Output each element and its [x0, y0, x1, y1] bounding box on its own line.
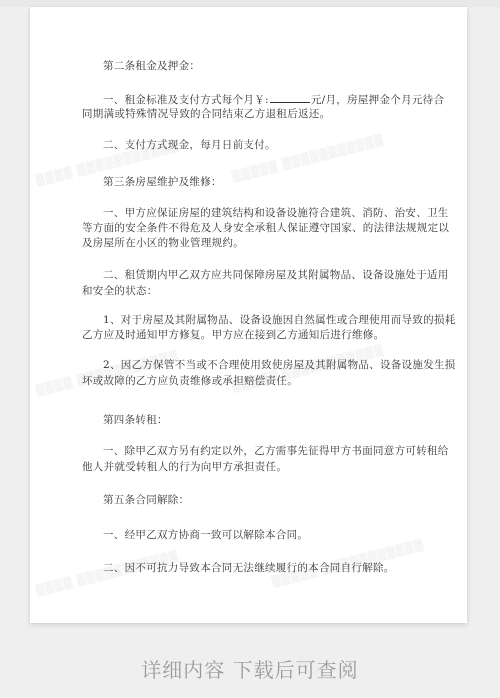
top-strip	[0, 0, 500, 7]
rent-text-post: 元/月，房屋押金个月元待合	[311, 94, 444, 106]
section-heading: 第四条转租：	[103, 413, 168, 428]
paragraph-line: 和安全的状态：	[82, 284, 158, 299]
rent-amount-blank	[270, 93, 310, 103]
paragraph-line: 1、对于房屋及其附属物品、设备设施因自然属性或合理使用而导致的损耗	[103, 313, 456, 328]
paragraph-line: 一、甲方应保证房屋的建筑结构和设备设施符合建筑、消防、治安、卫生	[103, 206, 449, 221]
section-heading: 第五条合同解除：	[103, 493, 189, 508]
download-prompt: 详细内容 下载后可查阅	[0, 654, 500, 683]
paragraph-line: 二、租赁期内甲乙双方应共同保障房屋及其附属物品、设备设施处于适用	[103, 268, 449, 283]
paragraph-line: 等方面的安全条件不得危及人身安全承租人保证遵守国家、的法律法规规定以	[82, 221, 449, 236]
section-heading: 第二条租金及押金：	[103, 59, 200, 74]
paragraph-line: 乙方应及时通知甲方修复。甲方应在接到乙方通知后进行维修。	[82, 328, 384, 343]
document-page: ▒▒▒▒ ▒▒▒▒▒▒▒▒▒▒▒ ▒▒▒▒▒ ▒▒▒▒▒▒▒▒▒▒▒ ▒▒▒▒ …	[30, 7, 467, 623]
paragraph-line: 一、租金标准及支付方式每个月￥:元/月，房屋押金个月元待合	[103, 93, 444, 108]
section-heading: 第三条房屋维护及维修：	[103, 175, 222, 190]
paragraph-line: 同期满或特殊情况导致的合同结束乙方退租后返还。	[82, 107, 330, 122]
paragraph-line: 二、支付方式现金，每月日前支付。	[103, 138, 276, 153]
paragraph-line: 2、因乙方保管不当或不合理使用致使房屋及其附属物品、设备设施发生损	[103, 358, 456, 373]
paragraph-line: 二、因不可抗力导致本合同无法继续履行的本合同自行解除。	[103, 561, 395, 576]
paragraph-line: 一、经甲乙双方协商一致可以解除本合同。	[103, 528, 308, 543]
paragraph-line: 及房屋所在小区的物业管理规约。	[82, 236, 244, 251]
paragraph-line: 坏或故障的乙方应负责维修或承担赔偿责任。	[82, 374, 298, 389]
paragraph-line: 一、除甲乙双方另有约定以外，乙方需事先征得甲方书面同意方可转租给	[103, 444, 449, 459]
rent-text-pre: 一、租金标准及支付方式每个月￥:	[103, 94, 269, 106]
paragraph-line: 他人并就受转租人的行为向甲方承担责任。	[82, 460, 287, 475]
